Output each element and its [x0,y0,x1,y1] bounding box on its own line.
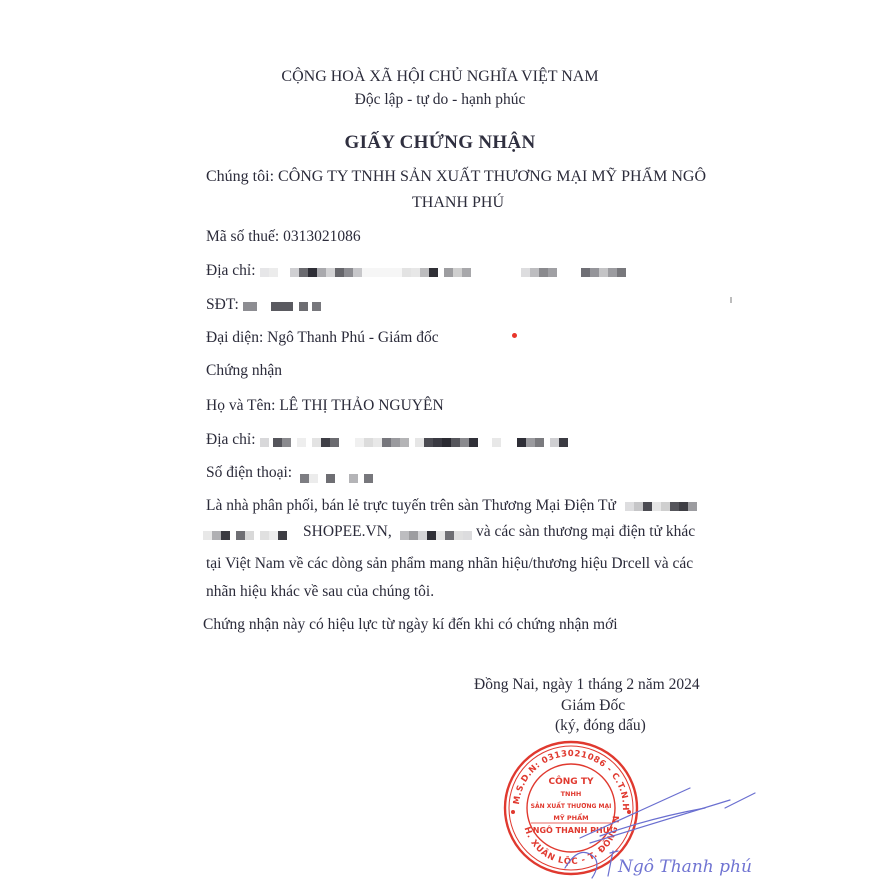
validity-statement: Chứng nhận này có hiệu lực từ ngày kí đế… [203,616,618,634]
body-line-2-end: và các sàn thương mại điện tử khác [476,523,695,541]
body-line-4: nhãn hiệu khác về sau của chúng tôi. [206,583,434,601]
body-line-1: Là nhà phân phối, bán lẻ trực tuyến trên… [206,497,616,515]
tax-code-value: 0313021086 [283,228,361,245]
nation-heading: CỘNG HOÀ XÃ HỘI CHỦ NGHĨA VIỆT NAM [0,68,880,86]
company-name: CÔNG TY TNHH SẢN XUẤT THƯƠNG MẠI MỸ PHẨM… [278,168,706,185]
redacted-holder-address [260,438,568,447]
holder-name-label: Họ và Tên: [206,397,275,414]
company-name-cont: THANH PHÚ [412,194,504,212]
scan-speck [730,297,732,303]
redacted-platform-1 [625,502,697,511]
signer-role: Giám Đốc [561,697,625,715]
redacted-issuer-phone [243,302,321,311]
representative-value: Ngô Thanh Phú - Giám đốc [267,329,438,346]
holder-name-line: Họ và Tên: LÊ THỊ THẢO NGUYÊN [206,397,444,415]
representative-label: Đại diện: [206,329,263,346]
representative-line: Đại diện: Ngô Thanh Phú - Giám đốc [206,329,439,347]
tax-code-label: Mã số thuế: [206,228,279,245]
signature-scribble-icon: Ngô Thanh phú [500,748,760,880]
redacted-platform-2 [203,531,287,540]
redacted-platform-3 [400,531,472,540]
redacted-holder-phone [300,474,373,483]
red-mark [512,333,517,338]
certify-label: Chứng nhận [206,362,282,380]
national-motto: Độc lập - tự do - hạnh phúc [0,91,880,109]
handwritten-signature: Ngô Thanh phú [617,857,752,877]
issuer-line: Chúng tôi: CÔNG TY TNHH SẢN XUẤT THƯƠNG … [206,168,706,186]
body-line-3: tại Việt Nam về các dòng sản phẩm mang n… [206,555,693,573]
redacted-issuer-address [260,268,626,277]
document-title: GIẤY CHỨNG NHẬN [0,132,880,154]
issuer-phone-label: SĐT: [206,296,239,314]
issuer-label: Chúng tôi: [206,168,274,185]
holder-name-value: LÊ THỊ THẢO NGUYÊN [279,397,443,414]
place-date: Đồng Nai, ngày 1 tháng 2 năm 2024 [474,676,700,694]
tax-code-line: Mã số thuế: 0313021086 [206,228,361,246]
issuer-address-label: Địa chỉ: [206,262,256,280]
sign-note: (ký, đóng dấu) [555,717,646,735]
body-line-2-shopee: SHOPEE.VN, [303,523,392,541]
holder-phone-label: Số điện thoại: [206,464,292,482]
holder-address-label: Địa chỉ: [206,431,256,449]
